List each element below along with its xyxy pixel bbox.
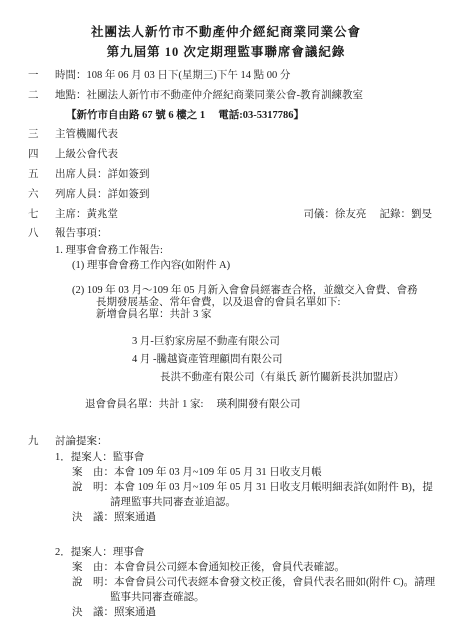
roster-row-authority: 三 主管機關代表 [0, 125, 452, 145]
item-number: 二 [28, 86, 55, 106]
item-number: 五 [28, 165, 55, 185]
proposal-2-description-line2: 監事共同審查確認。 [0, 590, 452, 605]
proposal-2-description-line1: 說 明：本會會員公司代表經本會發文校正後，會員代表名冊如(附件 C)。請理 [0, 575, 452, 590]
work-report-heading: 1. 理事會會務工作報告: [0, 243, 452, 258]
meeting-minutes-document: 社團法人新竹市不動產仲介經紀商業同業公會 第九屆第 10 次定期理監事聯席會議紀… [0, 0, 452, 640]
item-number: 四 [28, 145, 55, 165]
item-number: 九 [28, 434, 55, 450]
meeting-title: 第九屆第 10 次定期理監事聯席會議紀錄 [0, 42, 452, 62]
info-row-place: 二 地點：社團法人新竹市不動產仲介經紀商業同業公會-教育訓練教室 [0, 86, 452, 106]
item-number: 一 [28, 66, 55, 86]
proposal-1-description-line1: 說 明：本會 109 年 03 月~109 年 05 月 31 日收支月帳明細表… [0, 480, 452, 495]
emcee-and-recorder: 司儀：徐友亮 記錄：劉旻 [303, 205, 452, 225]
proposal-1-description-line2: 請理監事共同審查並追認。 [0, 495, 452, 510]
report-section-heading: 八 報告事項： [0, 225, 452, 243]
roster-row-attendees: 五 出席人員：詳如簽到 [0, 165, 452, 185]
meeting-place: 地點：社團法人新竹市不動產仲介經紀商業同業公會-教育訓練教室 [55, 86, 363, 106]
work-report-item2-line2: 長期發展基金、常年會費，以及退會的會員名單如下: [0, 297, 452, 309]
proposal-2-heading: 2．提案人：理事會 [0, 545, 452, 560]
meeting-time: 時間：108 年 06 月 03 日下(星期三)下午 14 點 00 分 [55, 66, 290, 86]
new-member-changhong: 長洪不動產有限公司（有巢氏 新竹關新長洪加盟店） [0, 369, 452, 387]
proposal-1-subject: 案 由：本會 109 年 03 月~109 年 05 月 31 日收支月帳 [0, 465, 452, 480]
attendees: 出席人員：詳如簽到 [55, 165, 150, 185]
work-report-item1: (1) 理事會會務工作內容(如附件 A) [0, 258, 452, 273]
org-title: 社團法人新竹市不動產仲介經紀商業同業公會 [0, 22, 452, 42]
report-section-title: 報告事項： [55, 225, 108, 243]
proposal-1-heading: 1．提案人：監事會 [0, 450, 452, 465]
item-number: 七 [28, 205, 55, 225]
address-note: 【新竹市自由路 67 號 6 樓之 1 電話:03-5317786】 [0, 106, 452, 125]
chairperson: 主席：黃兆堂 [55, 205, 118, 225]
upper-association-representative: 上級公會代表 [55, 145, 118, 165]
roster-row-observers: 六 列席人員：詳如簽到 [0, 185, 452, 205]
item-number: 八 [28, 225, 55, 243]
new-member-march: 3 月-巨豹家房屋不動產有限公司 [0, 333, 452, 351]
roster-row-chair: 七 主席：黃兆堂 司儀：徐友亮 記錄：劉旻 [0, 205, 452, 225]
authority-representative: 主管機關代表 [55, 125, 118, 145]
discussion-section-heading: 九 討論提案： [0, 434, 452, 450]
item-number: 六 [28, 185, 55, 205]
observers: 列席人員：詳如簽到 [55, 185, 150, 205]
work-report-item2-line1: (2) 109 年 03 月～109 年 05 月新入會會員經審查合格，並繳交入… [0, 285, 452, 297]
withdrawn-members: 退會會員名單：共計 1 家: 瑛利開發有限公司 [0, 397, 452, 412]
info-row-time: 一 時間：108 年 06 月 03 日下(星期三)下午 14 點 00 分 [0, 66, 452, 86]
roster-row-upper-association: 四 上級公會代表 [0, 145, 452, 165]
new-member-april: 4 月 -騰越資產管理顧問有限公司 [0, 351, 452, 369]
proposal-1-resolution: 決 議：照案通過 [0, 510, 452, 525]
proposal-2-subject: 案 由：本會會員公司經本會通知校正後，會員代表確認。 [0, 560, 452, 575]
proposal-2-resolution: 決 議：照案通過 [0, 605, 452, 620]
new-members-heading: 新增會員名單：共計 3 家 [0, 309, 452, 321]
discussion-section-title: 討論提案： [55, 434, 108, 450]
item-number: 三 [28, 125, 55, 145]
